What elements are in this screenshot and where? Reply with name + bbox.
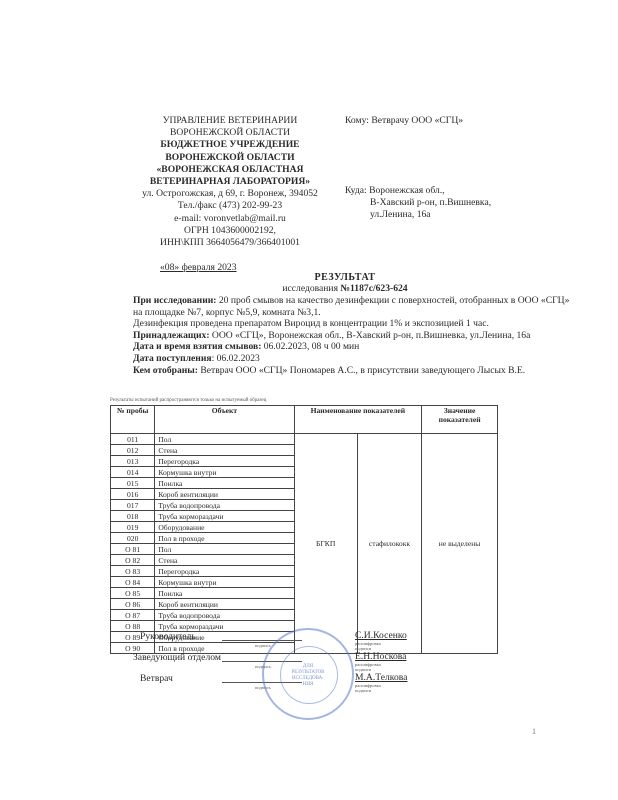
value: Ветврач ООО «СГЦ» Пономарев А.С., в прис…: [198, 365, 525, 376]
sample-number: О 86: [111, 599, 155, 610]
sample-object: Кормушка внутри: [155, 577, 294, 588]
disinfection-paragraph: Дезинфекция проведена препаратом Вироцид…: [133, 318, 573, 330]
sample-object: Короб вентиляции: [155, 489, 294, 500]
sample-number: О 82: [111, 555, 155, 566]
label: Кем отобраны:: [133, 365, 198, 376]
sampled-by-paragraph: Кем отобраны: Ветврач ООО «СГЦ» Пономаре…: [133, 365, 573, 377]
org-line: ВОРОНЕЖСКОЙ ОБЛАСТИ: [120, 127, 340, 139]
address-line: Куда: Воронежская обл.,: [345, 185, 491, 197]
header-indicator-value: Значение показателей: [422, 406, 498, 434]
sample-number: О 87: [111, 610, 155, 621]
name-caption: расшифровка подписи: [355, 662, 381, 672]
label: При исследовании:: [133, 295, 216, 306]
document-page: УПРАВЛЕНИЕ ВЕТЕРИНАРИИ ВОРОНЕЖСКОЙ ОБЛАС…: [0, 0, 618, 800]
sample-number: О 88: [111, 621, 155, 632]
recipient-to: Кому: Ветврачу ООО «СГЦ»: [345, 115, 463, 127]
sample-object: Пол: [155, 434, 294, 445]
sample-number: 012: [111, 445, 155, 456]
org-name-line: «ВОРОНЕЖСКАЯ ОБЛАСТНАЯ: [120, 164, 340, 176]
org-email: e-mail: voronvetlab@mail.ru: [120, 213, 340, 225]
subtitle-prefix: исследования: [282, 283, 340, 294]
received-paragraph: Дата поступления: 06.02.2023: [133, 353, 573, 365]
value: ООО «СГЦ», Воронежская обл., В-Хавский р…: [210, 330, 531, 341]
sample-object: Труба кормораздачи: [155, 511, 294, 522]
research-number: №1187с/623-624: [340, 283, 407, 294]
sample-number: 015: [111, 478, 155, 489]
sample-object: Короб вентиляции: [155, 599, 294, 610]
sample-number: О 81: [111, 544, 155, 555]
signatory-role: Руководитель: [140, 631, 196, 642]
org-name-line: ВЕТЕРИНАРНАЯ ЛАБОРАТОРИЯ»: [120, 176, 340, 188]
page-number: 1: [532, 727, 536, 736]
value: 06.02.2023, 08 ч 00 мин: [261, 341, 359, 352]
sample-object: Кормушка внутри: [155, 467, 294, 478]
indicator-value: не выделены: [422, 434, 498, 654]
sample-object: Труба кормораздачи: [155, 621, 294, 632]
sample-number: О 83: [111, 566, 155, 577]
results-note: Результаты испытаний распространяются то…: [110, 398, 266, 403]
document-title: РЕЗУЛЬТАТ: [120, 272, 570, 283]
table-row: 011ПолБГКПстафилококкне выделены: [111, 434, 498, 445]
signatory-name: С.И.Косенко: [355, 630, 407, 641]
recipient-address: Куда: Воронежская обл., В-Хавский р-он, …: [345, 185, 491, 222]
header-indicator-name: Наименование показателей: [294, 406, 422, 434]
address-line: В-Хавский р-он, п.Вишневка,: [345, 197, 491, 209]
value: : 06.02.2023: [212, 353, 260, 364]
sample-number: 013: [111, 456, 155, 467]
sample-number: 014: [111, 467, 155, 478]
signatory-name: М.А.Телкова: [355, 672, 407, 683]
org-address: ул. Острогожская, д 69, г. Воронеж, 3940…: [120, 188, 340, 200]
header-object: Объект: [155, 406, 294, 434]
sender-block: УПРАВЛЕНИЕ ВЕТЕРИНАРИИ ВОРОНЕЖСКОЙ ОБЛАС…: [120, 115, 340, 249]
table-header-row: № пробы Объект Наименование показателей …: [111, 406, 498, 434]
sample-object: Поилка: [155, 478, 294, 489]
sample-number: 017: [111, 500, 155, 511]
sample-object: Труба водопровода: [155, 610, 294, 621]
name-caption: расшифровка подписи: [355, 641, 381, 651]
label: Принадлежащих:: [133, 330, 210, 341]
sample-number: 011: [111, 434, 155, 445]
sample-number: 018: [111, 511, 155, 522]
sampled-paragraph: Дата и время взятия смывов: 06.02.2023, …: [133, 341, 573, 353]
header-sample-number: № пробы: [111, 406, 155, 434]
name-caption: расшифровка подписи: [355, 683, 381, 693]
sample-number: О 84: [111, 577, 155, 588]
sample-object: Перегородка: [155, 566, 294, 577]
results-table: № пробы Объект Наименование показателей …: [110, 405, 498, 654]
document-subtitle: исследования №1187с/623-624: [120, 283, 570, 294]
sample-object: Пол в проходе: [155, 533, 294, 544]
signatory-role: Заведующий отделом: [133, 652, 221, 663]
stamp-text: ДЛЯРЕЗУЛЬТАТОВИССЛЕДОВА-НИЯ: [264, 664, 352, 688]
sample-object: Поилка: [155, 588, 294, 599]
owner-paragraph: Принадлежащих: ООО «СГЦ», Воронежская об…: [133, 330, 573, 342]
sample-object: Оборудование: [155, 522, 294, 533]
org-name-line: БЮДЖЕТНОЕ УЧРЕЖДЕНИЕ: [120, 139, 340, 151]
sample-object: Пол: [155, 544, 294, 555]
label: Дата и время взятия смывов:: [133, 341, 261, 352]
stamp-seal: ДЛЯРЕЗУЛЬТАТОВИССЛЕДОВА-НИЯ: [262, 628, 354, 720]
sample-number: 016: [111, 489, 155, 500]
signatory-role: Ветврач: [140, 673, 173, 684]
signature-caption: подпись: [255, 643, 271, 648]
stamp-text-line: НИЯ: [264, 682, 352, 688]
research-details: При исследовании: 20 проб смывов на каче…: [133, 295, 573, 376]
label: Дата поступления: [133, 353, 212, 364]
signatory-name: Е.Н.Носкова: [355, 651, 406, 662]
sample-object: Стена: [155, 445, 294, 456]
sample-number: О 85: [111, 588, 155, 599]
research-paragraph: При исследовании: 20 проб смывов на каче…: [133, 295, 573, 318]
address-line: ул.Ленина, 16а: [345, 209, 491, 221]
sample-number: 019: [111, 522, 155, 533]
sample-number: 020: [111, 533, 155, 544]
org-phone: Тел./факс (473) 202-99-23: [120, 200, 340, 212]
org-name-line: ВОРОНЕЖСКОЙ ОБЛАСТИ: [120, 152, 340, 164]
org-line: УПРАВЛЕНИЕ ВЕТЕРИНАРИИ: [120, 115, 340, 127]
org-inn: ИНН\КПП 3664056479/366401001: [120, 237, 340, 249]
indicator-group: БГКП: [294, 434, 357, 654]
indicator-name: стафилококк: [357, 434, 421, 654]
sample-object: Труба водопровода: [155, 500, 294, 511]
sample-object: Перегородка: [155, 456, 294, 467]
org-ogrn: ОГРН 1043600002192,: [120, 225, 340, 237]
sample-object: Стена: [155, 555, 294, 566]
